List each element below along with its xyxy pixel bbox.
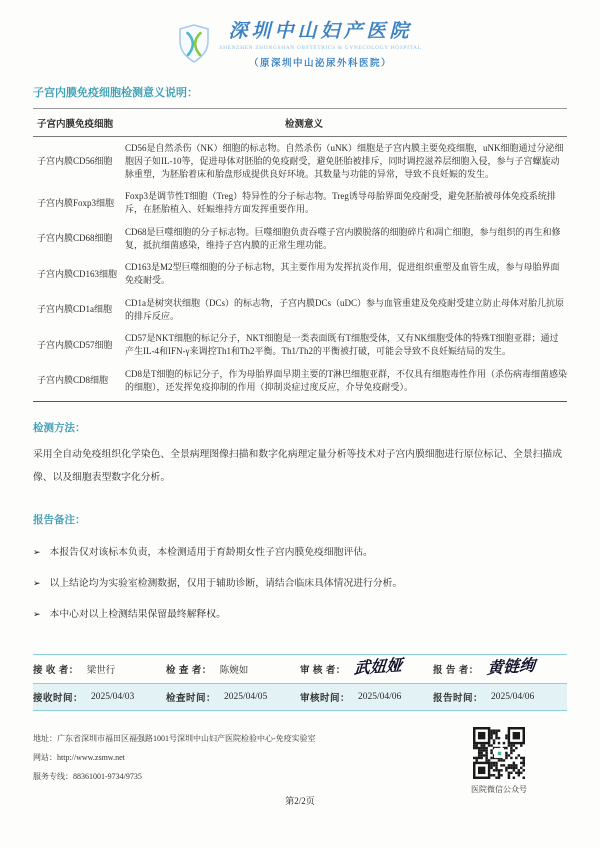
arrow-bullet-icon: ➢ [33, 578, 41, 589]
cell-meaning-text: CD68是巨噬细胞的分子标志物。巨噬细胞负责吞噬子宫内膜脱落的细胞碎片和凋亡细胞… [125, 221, 567, 257]
note-text: 以上结论均为实验室检测数据，仅用于辅助诊断，请结合临床具体情况进行分析。 [50, 575, 403, 589]
notes-section: 报告备注： ➢ 本报告仅对该标本负责，本检测适用于育龄期女性子宫内膜免疫细胞评估… [33, 512, 567, 620]
cell-type-label: 子宫内膜CD56细胞 [33, 137, 125, 186]
table-row: 子宫内膜CD68细胞 CD68是巨噬细胞的分子标志物。巨噬细胞负责吞噬子宫内膜脱… [33, 221, 567, 257]
table-row: 子宫内膜CD57细胞 CD57是NKT细胞的标记分子，NKT细胞是一类表面既有T… [33, 327, 567, 363]
cell-meaning-text: CD57是NKT细胞的标记分子，NKT细胞是一类表面既有T细胞受体，又有NK细胞… [125, 327, 567, 363]
note-item: ➢ 本报告仅对该标本负责，本检测适用于育龄期女性子宫内膜免疫细胞评估。 [33, 544, 567, 558]
cell-type-label: 子宫内膜Foxp3细胞 [33, 185, 125, 221]
reporter-signature: 黄链绚 [486, 660, 535, 676]
reporter-cell: 报 告 者： 黄链绚 [433, 662, 567, 676]
report-date-value: 2025/04/06 [491, 692, 534, 702]
notes-heading: 报告备注： [33, 512, 567, 527]
table-row: 子宫内膜CD1a细胞 CD1a是树突状细胞（DCs）的标志物，子宫内膜DCs（u… [33, 292, 567, 328]
cell-type-label: 子宫内膜CD1a细胞 [33, 292, 125, 328]
exam-date-value: 2025/04/05 [224, 692, 267, 702]
note-text: 本报告仅对该标本负责，本检测适用于育龄期女性子宫内膜免疫细胞评估。 [50, 544, 373, 558]
page-title: 子宫内膜免疫细胞检测意义说明： [33, 84, 567, 100]
arrow-bullet-icon: ➢ [33, 547, 41, 558]
reporter-label: 报 告 者： [433, 662, 479, 676]
signature-name-row: 接 收 者： 梁世行 检 查 者： 陈婉如 审 核 者： 武妞娅 报 告 者： … [33, 655, 567, 684]
method-body: 采用全自动免疫组织化学染色、全景病理图像扫描和数字化病理定量分析等技术对子宫内膜… [33, 444, 567, 489]
note-item: ➢ 以上结论均为实验室检测数据，仅用于辅助诊断，请结合临床具体情况进行分析。 [33, 575, 567, 589]
reviewer-label: 审 核 者： [300, 662, 346, 676]
cell-meaning-text: CD56是自然杀伤（NK）细胞的标志物。自然杀伤（uNK）细胞是子宫内膜主要免疫… [125, 137, 567, 186]
cell-meaning-text: CD163是M2型巨噬细胞的分子标志物，其主要作用为发挥抗炎作用，促进组织重塑及… [125, 256, 567, 292]
table-row: 子宫内膜CD56细胞 CD56是自然杀伤（NK）细胞的标志物。自然杀伤（uNK）… [33, 137, 567, 186]
receive-date-label: 接收时间： [33, 690, 83, 704]
receive-date-value: 2025/04/03 [91, 692, 134, 702]
qr-block: 医院微信公众号 [471, 727, 527, 795]
table-row: 子宫内膜CD163细胞 CD163是M2型巨噬细胞的分子标志物，其主要作用为发挥… [33, 256, 567, 292]
cell-type-label: 子宫内膜CD8细胞 [33, 363, 125, 402]
cell-type-label: 子宫内膜CD68细胞 [33, 221, 125, 257]
signature-table: 接 收 者： 梁世行 检 查 者： 陈婉如 审 核 者： 武妞娅 报 告 者： … [33, 654, 567, 711]
note-text: 本中心对以上检测结果保留最终解释权。 [50, 606, 226, 620]
review-date-value: 2025/04/06 [358, 692, 401, 702]
cell-type-label: 子宫内膜CD57细胞 [33, 327, 125, 363]
arrow-bullet-icon: ➢ [33, 609, 41, 620]
cell-meaning-text: CD1a是树突状细胞（DCs）的标志物，子宫内膜DCs（uDC）参与血管重建及免… [125, 292, 567, 328]
receiver-cell: 接 收 者： 梁世行 [33, 662, 166, 676]
table-header-row: 子宫内膜免疫细胞 检测意义 [33, 109, 567, 137]
meaning-table: 子宫内膜免疫细胞 检测意义 子宫内膜CD56细胞 CD56是自然杀伤（NK）细胞… [33, 108, 567, 402]
qr-code [473, 727, 525, 779]
page-number: 第2/2页 [33, 794, 567, 807]
review-date-cell: 审核时间： 2025/04/06 [300, 690, 433, 704]
hospital-header: 深圳中山妇产医院 SHENZHEN ZHONGSHAN OBSTETRICS &… [33, 22, 567, 69]
cell-meaning-text: CD8是T细胞的标记分子，作为母胎界面早期主要的T淋巴细胞亚群，不仅具有细胞毒性… [125, 363, 567, 402]
receive-date-cell: 接收时间： 2025/04/03 [33, 690, 166, 704]
receiver-name: 梁世行 [87, 662, 116, 676]
report-date-cell: 报告时间： 2025/04/06 [433, 690, 567, 704]
method-heading: 检测方法： [33, 420, 567, 435]
cell-type-label: 子宫内膜CD163细胞 [33, 256, 125, 292]
reviewer-signature: 武妞娅 [353, 660, 402, 676]
cell-meaning-text: Foxp3是调节性T细胞（Treg）特异性的分子标志物。Treg诱导母胎界面免疫… [125, 185, 567, 221]
method-section: 检测方法： 采用全自动免疫组织化学染色、全景病理图像扫描和数字化病理定量分析等技… [33, 420, 567, 489]
table-row: 子宫内膜Foxp3细胞 Foxp3是调节性T细胞（Treg）特异性的分子标志物。… [33, 185, 567, 221]
page-footer: 地址：广东省深圳市福田区福强路1001号深圳中山妇产医院检验中心-免疫实验室 网… [33, 733, 567, 807]
hospital-logo-icon [178, 22, 210, 69]
review-date-label: 审核时间： [300, 690, 350, 704]
exam-date-label: 检查时间： [166, 690, 216, 704]
examiner-cell: 检 查 者： 陈婉如 [166, 662, 300, 676]
table-row: 子宫内膜CD8细胞 CD8是T细胞的标记分子，作为母胎界面早期主要的T淋巴细胞亚… [33, 363, 567, 402]
report-page: 深圳中山妇产医院 SHENZHEN ZHONGSHAN OBSTETRICS &… [0, 0, 600, 848]
signature-date-row: 接收时间： 2025/04/03 检查时间： 2025/04/05 审核时间： … [33, 684, 567, 711]
column-header-meaning: 检测意义 [125, 109, 567, 137]
qr-label: 医院微信公众号 [471, 784, 527, 795]
examiner-name: 陈婉如 [220, 662, 249, 676]
reviewer-cell: 审 核 者： 武妞娅 [300, 662, 433, 676]
exam-date-cell: 检查时间： 2025/04/05 [166, 690, 300, 704]
hospital-former-name: （原深圳中山泌尿外科医院） [219, 55, 421, 69]
report-date-label: 报告时间： [433, 690, 483, 704]
column-header-cell-type: 子宫内膜免疫细胞 [33, 109, 125, 137]
hospital-name-en: SHENZHEN ZHONGSHAN OBSTETRICS & GYNECOLO… [219, 45, 421, 51]
receiver-label: 接 收 者： [33, 662, 79, 676]
note-item: ➢ 本中心对以上检测结果保留最终解释权。 [33, 606, 567, 620]
examiner-label: 检 查 者： [166, 662, 212, 676]
hospital-name: 深圳中山妇产医院 [219, 22, 421, 43]
